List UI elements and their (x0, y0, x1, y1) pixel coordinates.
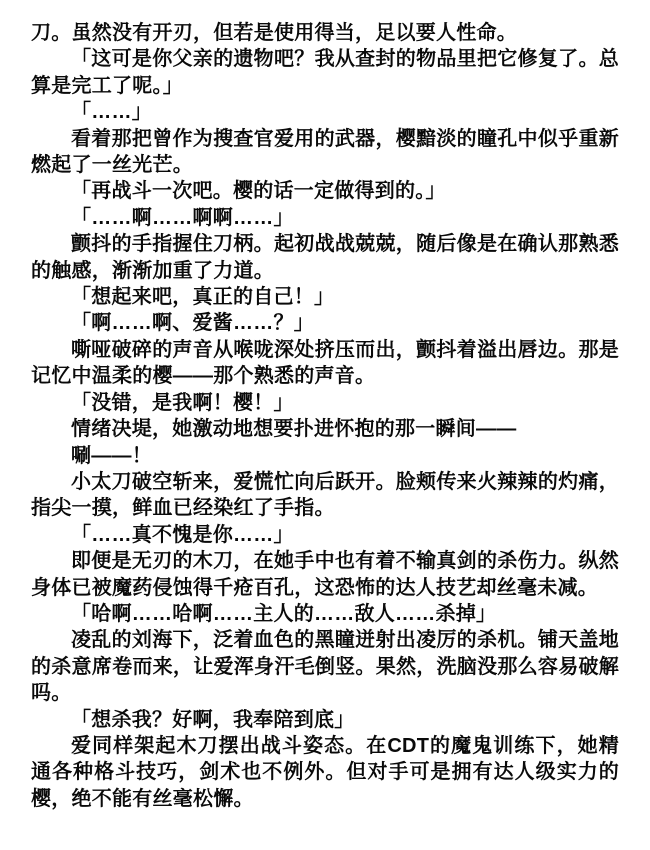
narrative-paragraph: 嘶哑破碎的声音从喉咙深处挤压而出，颤抖着溢出唇边。那是记忆中温柔的樱——那个熟悉… (31, 337, 619, 390)
narrative-paragraph: 颤抖的手指握住刀柄。起初战战兢兢，随后像是在确认那熟悉的触感，渐渐加重了力道。 (31, 231, 619, 284)
narrative-paragraph: 凌乱的刘海下，泛着血色的黑瞳迸射出凌厉的杀机。铺天盖地的杀意席卷而来，让爱浑身汗… (31, 627, 619, 706)
dialogue-paragraph: 「再战斗一次吧。樱的话一定做得到的。」 (31, 178, 619, 204)
novel-text-column: 刀。虽然没有开刃，但若是使用得当，足以要人性命。「这可是你父亲的遗物吧？我从查封… (0, 0, 648, 812)
dialogue-paragraph: 「没错，是我啊！樱！」 (31, 390, 619, 416)
narrative-paragraph: 唰——！ (31, 443, 619, 469)
novel-page: 刀。虽然没有开刃，但若是使用得当，足以要人性命。「这可是你父亲的遗物吧？我从查封… (0, 0, 650, 850)
narrative-paragraph: 看着那把曾作为搜查官爱用的武器，樱黯淡的瞳孔中似乎重新燃起了一丝光芒。 (31, 126, 619, 179)
dialogue-paragraph: 「这可是你父亲的遗物吧？我从查封的物品里把它修复了。总算是完工了呢。」 (31, 46, 619, 99)
dialogue-paragraph: 「想起来吧，真正的自己！」 (31, 284, 619, 310)
dialogue-paragraph: 「哈啊……哈啊……主人的……敌人……杀掉」 (31, 601, 619, 627)
narrative-paragraph: 即便是无刃的木刀，在她手中也有着不输真剑的杀伤力。纵然身体已被魔药侵蚀得千疮百孔… (31, 548, 619, 601)
narrative-paragraph: 情绪决堤，她激动地想要扑进怀抱的那一瞬间—— (31, 416, 619, 442)
dialogue-paragraph: 「……真不愧是你……」 (31, 522, 619, 548)
dialogue-paragraph: 「……啊……啊啊……」 (31, 205, 619, 231)
dialogue-paragraph: 「……」 (31, 99, 619, 125)
dialogue-paragraph: 「想杀我？好啊，我奉陪到底」 (31, 707, 619, 733)
narrative-paragraph: 小太刀破空斩来，爱慌忙向后跃开。脸颊传来火辣辣的灼痛，指尖一摸，鲜血已经染红了手… (31, 469, 619, 522)
narrative-paragraph: 刀。虽然没有开刃，但若是使用得当，足以要人性命。 (31, 20, 619, 46)
narrative-paragraph: 爱同样架起木刀摆出战斗姿态。在CDT的魔鬼训练下，她精通各种格斗技巧，剑术也不例… (31, 733, 619, 812)
dialogue-paragraph: 「啊……啊、爱酱……？」 (31, 310, 619, 336)
